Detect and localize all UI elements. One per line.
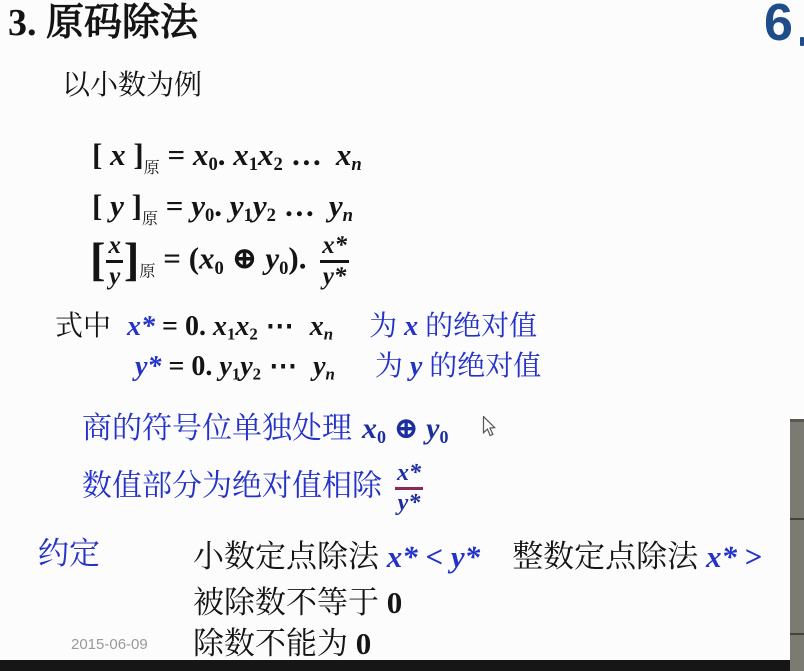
formula-quotient-sign-magnitude: [xy]原 = (x0 ⊕ y0). x*y* [90,233,350,290]
rule-dividend-nonzero: 被除数不等于 0 [193,585,402,621]
subtitle: 以小数为例 [62,70,202,102]
slide-date: 2015-06-09 [71,636,148,653]
slide-number: 6 [764,0,793,54]
formula-x-sign-magnitude: [ x ]原 = x0. x1x2…xn [92,137,362,179]
slide: 3. 原码除法 6 以小数为例 [ x ]原 = x0. x1x2…xn [ y… [0,0,804,671]
rule-divisor-nonzero: 除数不能为 0 [193,626,371,662]
panel-separator [790,633,804,635]
note-magnitude-division: 数值部分为绝对值相除x*y* [82,461,424,516]
right-panel-strip[interactable] [790,419,804,671]
formula-y-sign-magnitude: [ y ]原 = y0. y1y2…yn [92,188,353,230]
note-sign-bit-handling: 商的符号位单独处理x0 ⊕ y0 [82,412,448,448]
panel-separator [790,518,804,520]
bottom-letterbox-bar [0,660,804,671]
definition-x-absolute: 式中x* = 0. x1x2⋯xn为 x 的绝对值 [55,311,537,344]
convention-label: 约定 [38,536,100,572]
mouse-cursor [482,416,496,438]
slide-number-partial-dot [800,37,804,46]
definition-y-absolute: y* = 0. y1y2⋯yn为 y 的绝对值 [135,351,541,384]
rule-fixed-point-division: 小数定点除法 x* < y*整数定点除法 x* > [193,539,762,575]
slide-title: 3. 原码除法 [8,2,198,46]
